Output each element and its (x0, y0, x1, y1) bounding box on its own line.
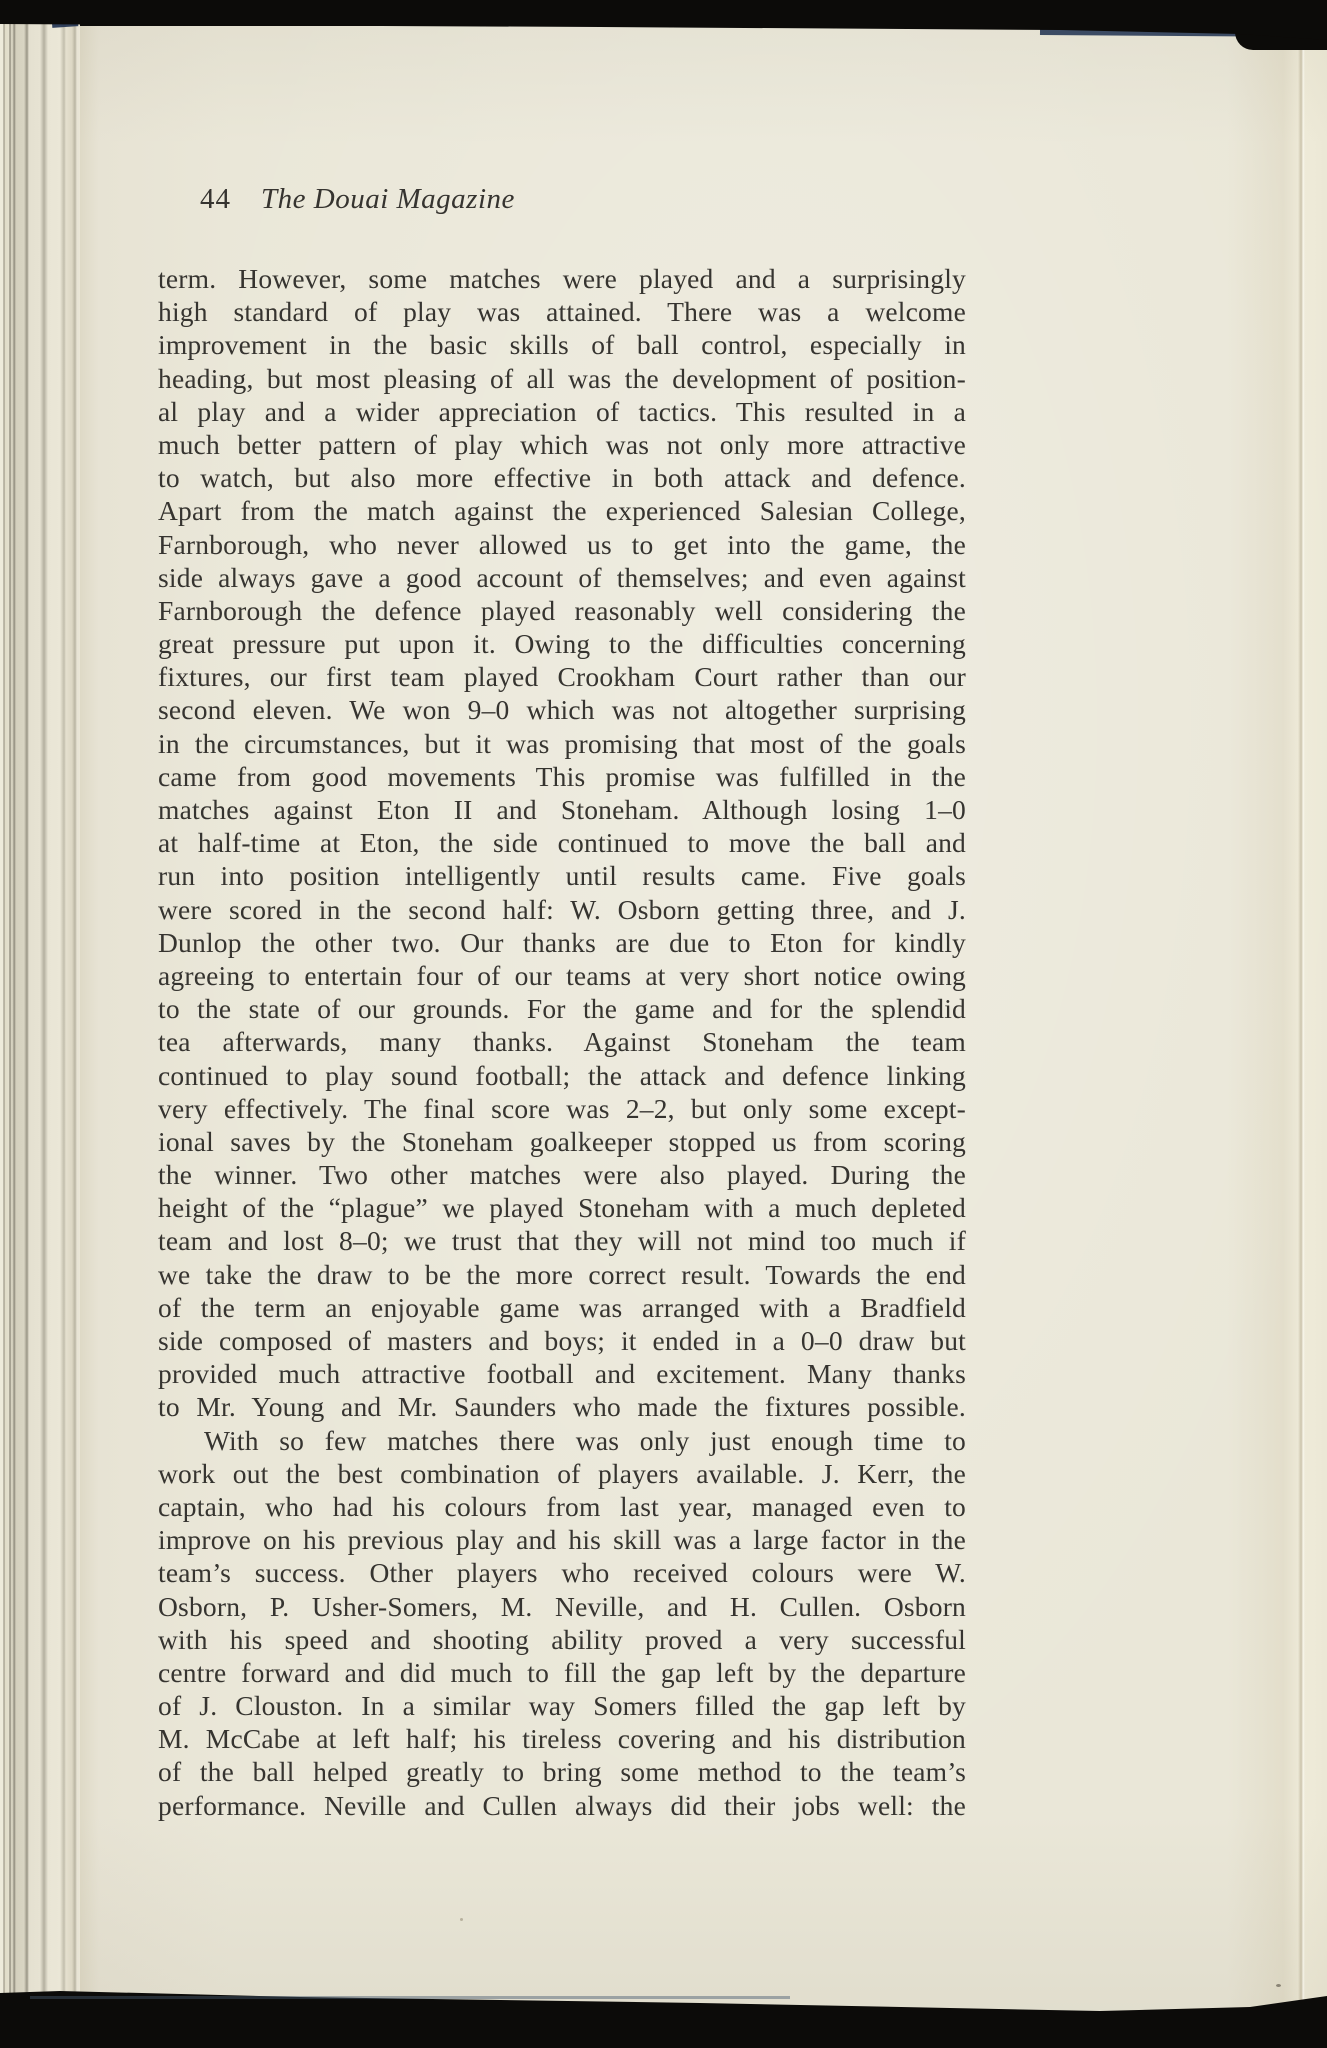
text-line: very effectively. The final score was 2–… (158, 1092, 966, 1125)
text-line: second eleven. We won 9–0 which was not … (158, 693, 966, 726)
page-number: 44 (158, 183, 231, 215)
text-line: with his speed and shooting ability prov… (158, 1623, 966, 1656)
text-line: heading, but most pleasing of all was th… (158, 362, 966, 395)
text-line: M. McCabe at left half; his tireless cov… (158, 1722, 966, 1755)
text-line: to the state of our grounds. For the gam… (158, 992, 966, 1025)
text-line: Farnborough the defence played reasonabl… (158, 594, 966, 627)
text-line: in the circumstances, but it was promisi… (158, 727, 966, 760)
text-line: team and lost 8–0; we trust that they wi… (158, 1224, 966, 1257)
text-line: Apart from the match against the experie… (158, 494, 966, 527)
text-line: to Mr. Young and Mr. Saunders who made t… (158, 1390, 966, 1423)
text-line: Dunlop the other two. Our thanks are due… (158, 926, 966, 959)
text-line: captain, who had his colours from last y… (158, 1490, 966, 1523)
text-line: improvement in the basic skills of ball … (158, 328, 966, 361)
gutter-crease (1298, 26, 1305, 2012)
text-line: Farnborough, who never allowed us to get… (158, 528, 966, 561)
running-header: 44The Douai Magazine (158, 182, 968, 216)
text-line: of the ball helped greatly to bring some… (158, 1755, 966, 1788)
text-line: great pressure put upon it. Owing to the… (158, 627, 966, 660)
text-line: came from good movements This promise wa… (158, 760, 966, 793)
text-line: matches against Eton II and Stoneham. Al… (158, 793, 966, 826)
text-line: fixtures, our first team played Crookham… (158, 660, 966, 693)
text-line: improve on his previous play and his ski… (158, 1523, 966, 1556)
paragraph: With so few matches there was only just … (158, 1424, 966, 1822)
text-line: high standard of play was attained. Ther… (158, 295, 966, 328)
paper-speck (460, 1918, 463, 1921)
text-line: of the term an enjoyable game was arrang… (158, 1291, 966, 1324)
text-line: continued to play sound football; the at… (158, 1059, 966, 1092)
text-line: to watch, but also more effective in bot… (158, 461, 966, 494)
scanned-book-photo: 44The Douai Magazine term. However, some… (0, 0, 1327, 2048)
text-line: at half-time at Eton, the side continued… (158, 826, 966, 859)
text-line: tea afterwards, many thanks. Against Sto… (158, 1025, 966, 1058)
text-line: height of the “plague” we played Stoneha… (158, 1191, 966, 1224)
text-line: team’s success. Other players who receiv… (158, 1556, 966, 1589)
text-line: side always gave a good account of thems… (158, 561, 966, 594)
paper-speck (1276, 1984, 1281, 1987)
text-line: provided much attractive football and ex… (158, 1357, 966, 1390)
book-page: 44The Douai Magazine term. However, some… (80, 26, 1327, 2012)
text-line: work out the best combination of players… (158, 1457, 966, 1490)
text-line: term. However, some matches were played … (158, 262, 966, 295)
text-line: Osborn, P. Usher-Somers, M. Neville, and… (158, 1590, 966, 1623)
text-line: performance. Neville and Cullen always d… (158, 1789, 966, 1822)
running-title: The Douai Magazine (261, 183, 515, 215)
book-cover-edge (30, 1996, 790, 1999)
text-line: the winner. Two other matches were also … (158, 1158, 966, 1191)
text-line: were scored in the second half: W. Osbor… (158, 893, 966, 926)
text-line: of J. Clouston. In a similar way Somers … (158, 1689, 966, 1722)
text-line: much better pattern of play which was no… (158, 428, 966, 461)
page-body-text: term. However, some matches were played … (158, 262, 966, 1822)
text-line: ional saves by the Stoneham goalkeeper s… (158, 1125, 966, 1158)
text-line: al play and a wider appreciation of tact… (158, 395, 966, 428)
text-line: run into position intelligently until re… (158, 859, 966, 892)
paragraph: term. However, some matches were played … (158, 262, 966, 1424)
text-line: side composed of masters and boys; it en… (158, 1324, 966, 1357)
text-line: we take the draw to be the more correct … (158, 1258, 966, 1291)
text-line: centre forward and did much to fill the … (158, 1656, 966, 1689)
text-line: With so few matches there was only just … (158, 1424, 966, 1457)
page-fore-edges (0, 22, 80, 1994)
text-line: agreeing to entertain four of our teams … (158, 959, 966, 992)
